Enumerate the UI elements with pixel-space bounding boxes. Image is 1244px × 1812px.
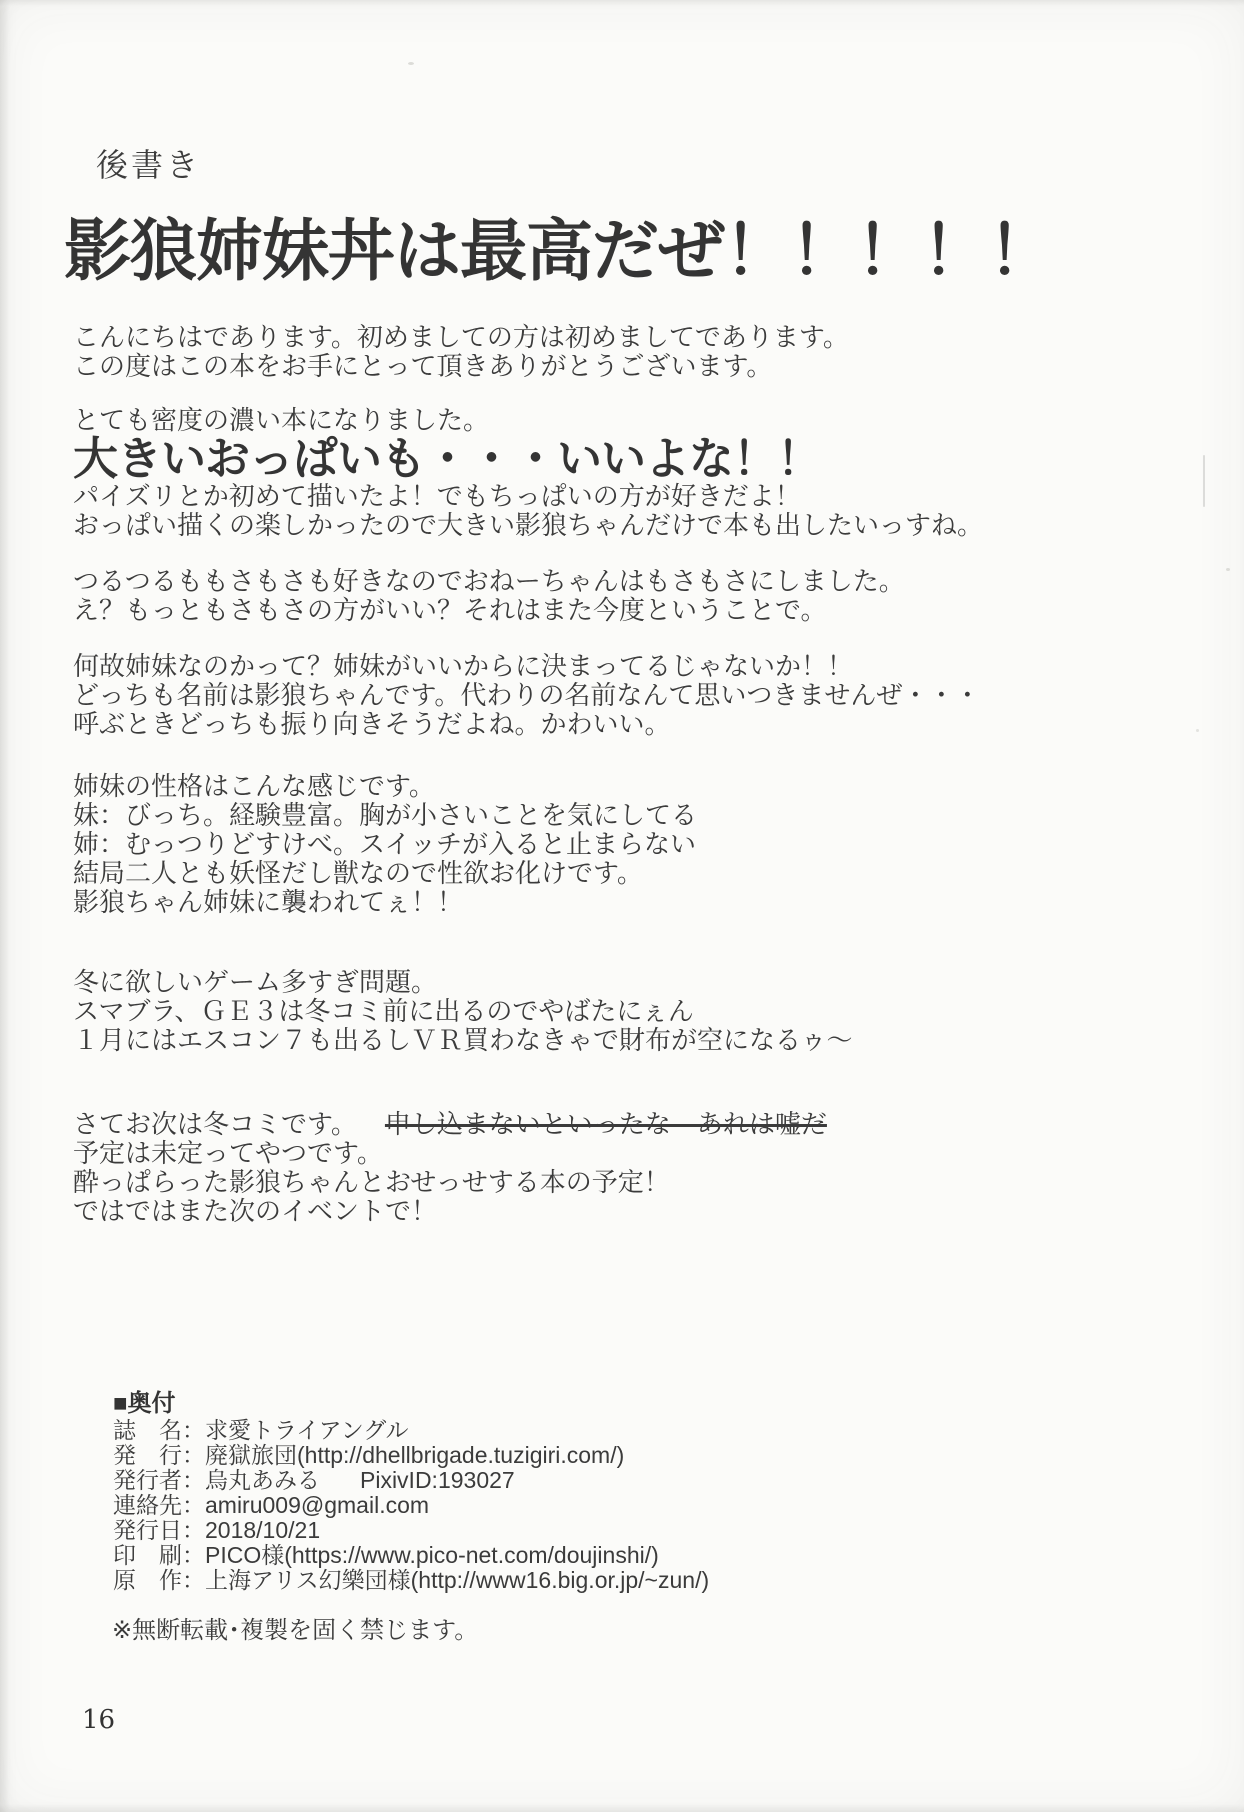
text-line: ではではまた次のイベントで！ <box>73 1197 827 1226</box>
text-line: おっぱい描くの楽しかったので大きい影狼ちゃんだけで本も出したいっすね。 <box>73 511 983 540</box>
text-line: 何故姉妹なのかって？姉妹がいいからに決まってるじゃないか！！ <box>73 652 980 681</box>
afterword-title: 影狼姉妹丼は最高だぜ！！！！！ <box>64 198 1054 294</box>
colophon-value: amiru009@gmail.com <box>205 1492 429 1518</box>
text-line: こんにちはであります。初めましての方は初めましてであります。 <box>73 323 849 352</box>
strikethrough-text: 申し込まないといったな あれは嘘だ <box>385 1109 827 1139</box>
colophon-label: 発行日： <box>113 1517 205 1543</box>
colophon-value: PICO様(https://www.pico-net.com/doujinshi… <box>205 1542 659 1568</box>
colophon-value: 2018/10/21 <box>205 1517 320 1543</box>
text-line: さてお次は冬コミです。申し込まないといったな あれは嘘だ <box>73 1110 827 1139</box>
scan-edge-artifact <box>0 0 1244 6</box>
fluffy-paragraph: つるつるももさもさも好きなのでおねーちゃんはもさもさにしました。 え？もっともさ… <box>73 567 905 625</box>
scan-edge-artifact <box>0 1804 1244 1812</box>
colophon-label: 誌 名： <box>113 1417 205 1443</box>
density-paragraph: とても密度の濃い本になりました。 大きいおっぱいも・・・いいよな！！ パイズリと… <box>73 406 983 540</box>
text-line: パイズリとか初めて描いたよ！でもちっぱいの方が好きだよ！ <box>73 482 983 511</box>
colophon-label: 原 作： <box>113 1567 205 1593</box>
colophon-label: 連絡先： <box>113 1492 205 1518</box>
emphasized-line: 大きいおっぱいも・・・いいよな！！ <box>73 435 983 482</box>
colophon-value: 上海アリス幻樂団様(http://www16.big.or.jp/~zun/) <box>205 1567 709 1593</box>
colophon-row-title: 誌 名：求愛トライアングル <box>113 1418 709 1443</box>
text-line: え？もっともさもさの方がいい？それはまた今度ということで。 <box>73 596 905 625</box>
copyright-notice: ※無断転載･複製を固く禁じます。 <box>112 1610 478 1645</box>
colophon-row-contact: 連絡先：amiru009@gmail.com <box>113 1493 709 1518</box>
colophon-label: 発 行： <box>113 1442 205 1468</box>
colophon: ■奥付 誌 名：求愛トライアングル 発 行：廃獄旅団(http://dhellb… <box>113 1390 709 1593</box>
colophon-value: 求愛トライアングル <box>205 1417 409 1443</box>
closing-intro-text: さてお次は冬コミです。 <box>73 1109 357 1139</box>
text-line: 結局二人とも妖怪だし獣なので性欲お化けです。 <box>73 859 697 888</box>
colophon-label: 発行者： <box>113 1467 205 1493</box>
text-line: 姉：むっつりどすけべ。スイッチが入ると止まらない <box>73 830 697 859</box>
colophon-heading: ■奥付 <box>113 1390 709 1418</box>
scan-edge-artifact <box>0 0 10 1812</box>
text-line: スマブラ、ＧＥ３は冬コミ前に出るのでやばたにぇん <box>73 997 852 1026</box>
text-line: 酔っぱらった影狼ちゃんとおせっせする本の予定！ <box>73 1168 827 1197</box>
colophon-value: 廃獄旅団(http://dhellbrigade.tuzigiri.com/) <box>205 1442 624 1468</box>
scan-artifact <box>1196 729 1199 732</box>
scan-artifact <box>1203 455 1205 507</box>
text-line: この度はこの本をお手にとって頂きありがとうございます。 <box>73 352 849 381</box>
text-line: 呼ぶときどっちも振り向きそうだよね。かわいい。 <box>73 710 980 739</box>
scan-artifact <box>408 62 414 65</box>
page-number: 16 <box>82 1705 115 1735</box>
sisters-paragraph: 何故姉妹なのかって？姉妹がいいからに決まってるじゃないか！！ どっちも名前は影狼… <box>73 652 980 739</box>
colophon-pixiv-id: PixivID:193027 <box>360 1467 515 1493</box>
text-line: とても密度の濃い本になりました。 <box>73 406 983 435</box>
games-paragraph: 冬に欲しいゲーム多すぎ問題。 スマブラ、ＧＥ３は冬コミ前に出るのでやばたにぇん … <box>73 968 852 1055</box>
colophon-row-publisher: 発 行：廃獄旅団(http://dhellbrigade.tuzigiri.co… <box>113 1443 709 1468</box>
colophon-label: 印 刷： <box>113 1542 205 1568</box>
text-line: つるつるももさもさも好きなのでおねーちゃんはもさもさにしました。 <box>73 567 905 596</box>
text-line: 冬に欲しいゲーム多すぎ問題。 <box>73 968 852 997</box>
intro-paragraph: こんにちはであります。初めましての方は初めましてであります。 この度はこの本をお… <box>73 323 849 381</box>
closing-paragraph: さてお次は冬コミです。申し込まないといったな あれは嘘だ 予定は未定ってやつです… <box>73 1110 827 1226</box>
colophon-row-printer: 印 刷：PICO様(https://www.pico-net.com/douji… <box>113 1543 709 1568</box>
afterword-heading: 後書き <box>96 140 201 186</box>
colophon-row-author: 発行者：烏丸あみるPixivID:193027 <box>113 1468 709 1493</box>
text-line: 姉妹の性格はこんな感じです。 <box>73 772 697 801</box>
personality-paragraph: 姉妹の性格はこんな感じです。 妹：びっち。経験豊富。胸が小さいことを気にしてる … <box>73 772 697 917</box>
scanned-afterword-page: 後書き 影狼姉妹丼は最高だぜ！！！！！ こんにちはであります。初めましての方は初… <box>0 0 1244 1812</box>
text-line: 妹：びっち。経験豊富。胸が小さいことを気にしてる <box>73 801 697 830</box>
colophon-value: 烏丸あみる <box>205 1467 320 1493</box>
scan-artifact <box>1226 568 1230 571</box>
text-line: 影狼ちゃん姉妹に襲われてぇ！！ <box>73 888 697 917</box>
colophon-row-original: 原 作：上海アリス幻樂団様(http://www16.big.or.jp/~zu… <box>113 1568 709 1593</box>
text-line: どっちも名前は影狼ちゃんです。代わりの名前なんて思いつきませんぜ・・・ <box>73 681 980 710</box>
text-line: １月にはエスコン７も出るしＶＲ買わなきゃで財布が空になるゥ～ <box>73 1026 852 1055</box>
text-line: 予定は未定ってやつです。 <box>73 1139 827 1168</box>
colophon-row-date: 発行日：2018/10/21 <box>113 1518 709 1543</box>
